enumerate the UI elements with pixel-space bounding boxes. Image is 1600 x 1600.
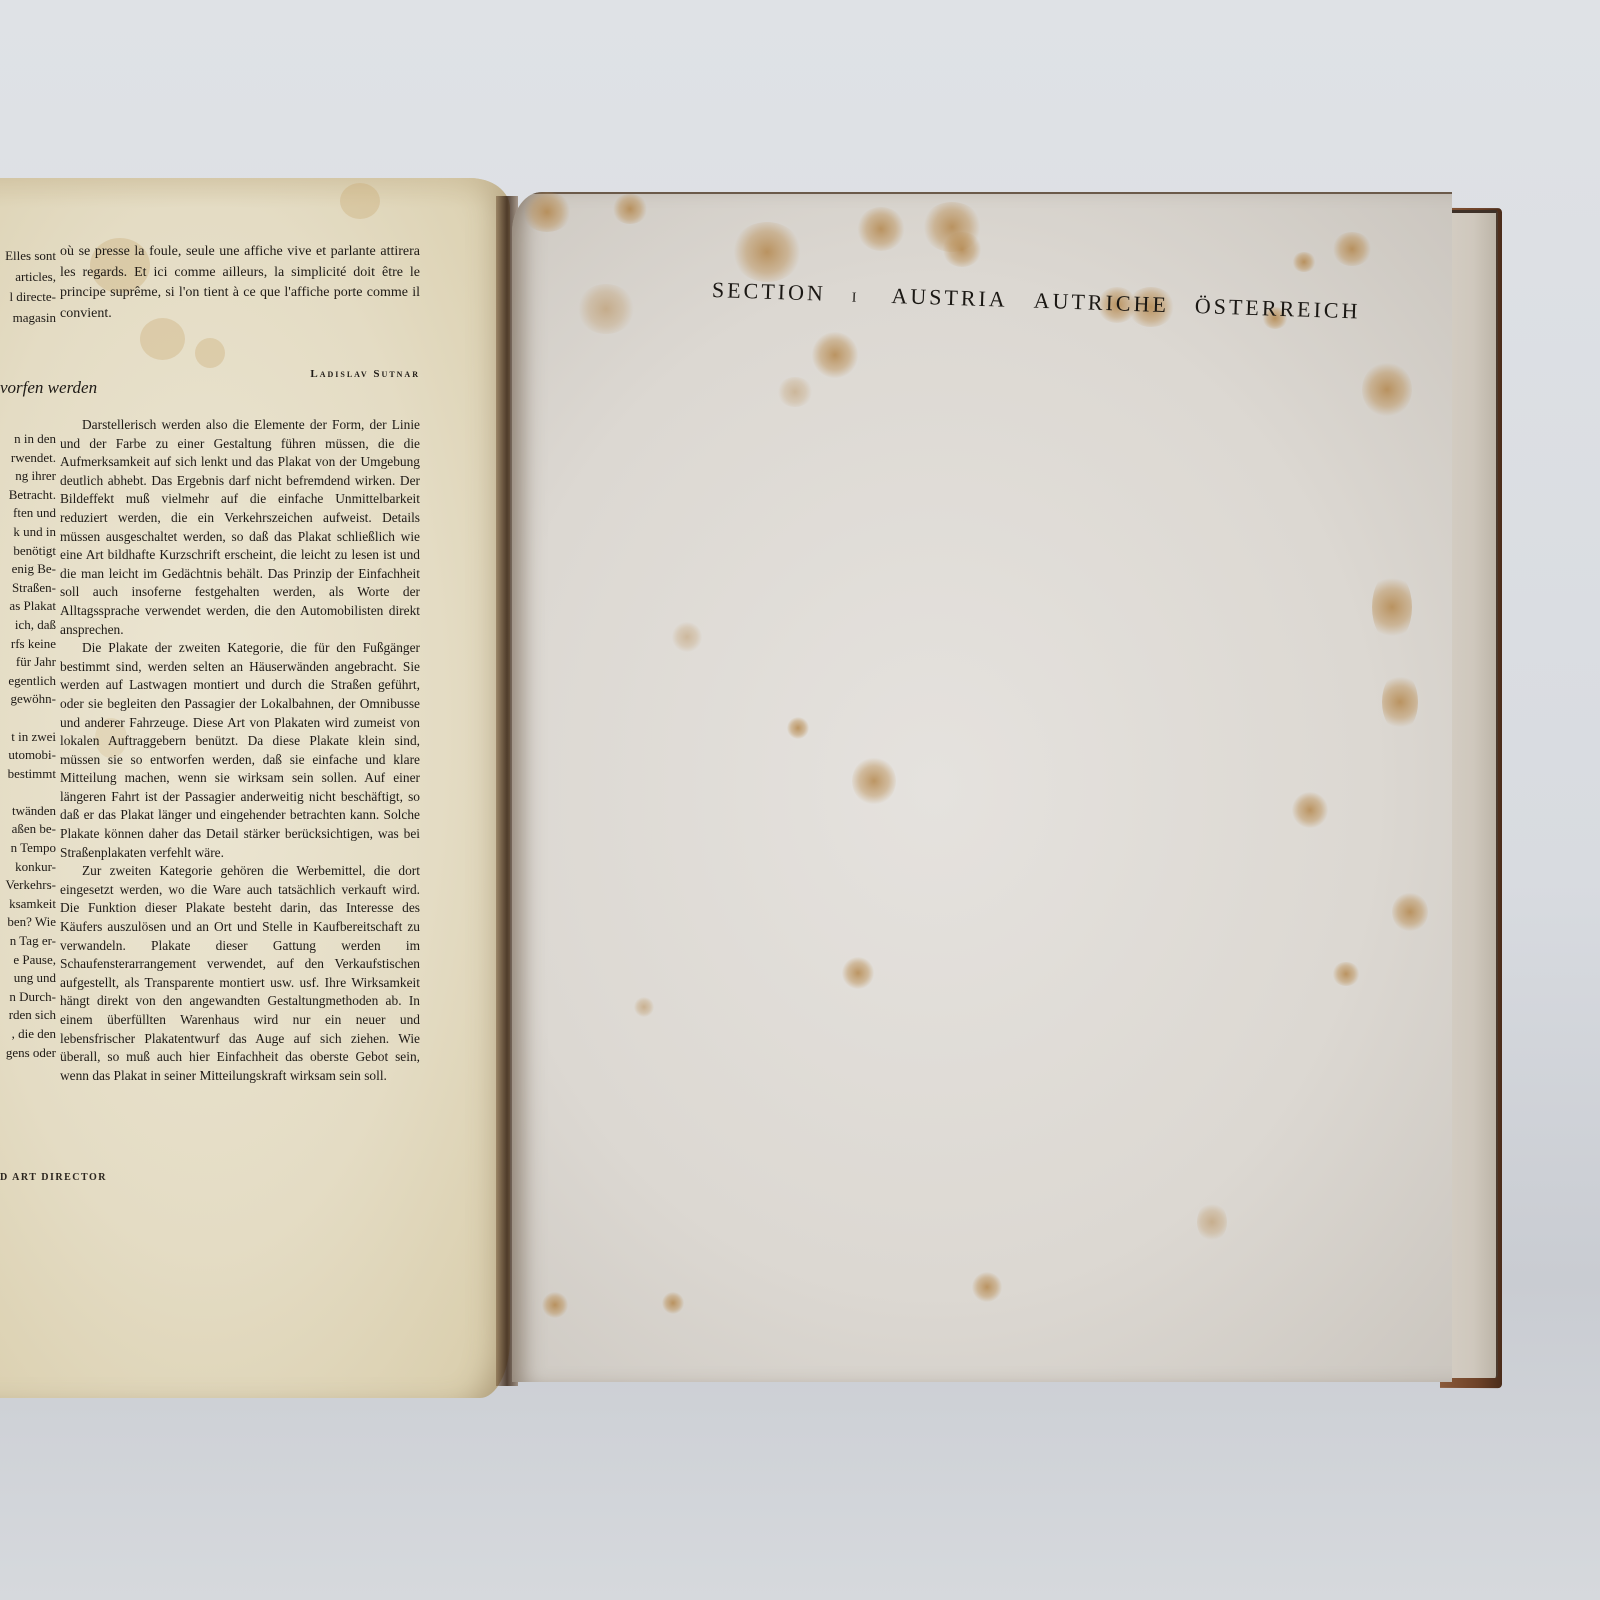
fragment-line: für Jahr [0, 653, 56, 672]
fragment-line: as Plakat [0, 597, 56, 616]
fragment-line: ben? Wie [0, 913, 56, 932]
foxing-spot [787, 717, 809, 739]
foxing-spot [522, 192, 572, 232]
foxing-spot [732, 222, 802, 282]
foxing-spot [1332, 232, 1372, 266]
fragment-line: bestimmt [0, 765, 56, 784]
country-name-french: AUTRICHE [1033, 288, 1169, 317]
margin-fragments-body: n in den rwendet. ng ihrer Betracht. fte… [0, 430, 56, 1062]
french-paragraph-column: où se presse la foule, seule une affiche… [60, 242, 420, 324]
foxing-spot [1382, 672, 1418, 732]
section-heading: SECTIONIAUSTRIAAUTRICHEÖSTERREICH [712, 277, 1412, 326]
fragment-line: rfs keine [0, 635, 56, 654]
author-name: Ladislav Sutnar [260, 368, 420, 380]
foxing-spot [634, 997, 654, 1017]
fragment-line: n Tag er- [0, 932, 56, 951]
book-photo-scene: Elles sont articles, l directe- magasin … [0, 0, 1600, 1600]
foxing-spot [1392, 892, 1428, 932]
german-paragraph-1: Darstellerisch werden also die Elemente … [60, 416, 420, 639]
foxing-spot [1292, 792, 1328, 828]
fragment-line: konkur- [0, 858, 56, 877]
fragment-line: egentlich [0, 672, 56, 691]
country-name-german: ÖSTERREICH [1194, 293, 1360, 323]
foxing-spot [662, 1292, 684, 1314]
foxing-spot [672, 622, 702, 652]
fragment-line: Elles sont [0, 246, 56, 267]
foxing-spot [1372, 572, 1412, 642]
foxing-spot [1332, 962, 1360, 986]
foxing-spot [1197, 1202, 1227, 1242]
foxing-spot [842, 957, 874, 989]
country-name-english: AUSTRIA [891, 283, 1008, 312]
fragment-line: ng ihrer [0, 467, 56, 486]
foxing-spot [1362, 362, 1412, 417]
fragment-line: gewöhn- [0, 690, 56, 709]
foxing-spot [942, 232, 982, 267]
fragment-line: e Pause, [0, 951, 56, 970]
fragment-line: utomobi- [0, 746, 56, 765]
fragment-gap [0, 709, 56, 728]
german-paragraph-2: Die Plakate der zweiten Kategorie, die f… [60, 639, 420, 862]
right-page: SECTIONIAUSTRIAAUTRICHEÖSTERREICH [512, 192, 1452, 1382]
fragment-line: articles, [0, 267, 56, 288]
fragment-line: l directe- [0, 287, 56, 308]
fragment-line: k und in [0, 523, 56, 542]
stain [140, 318, 185, 360]
foxing-spot [972, 1272, 1002, 1302]
running-footer: D ART DIRECTOR [0, 1172, 107, 1183]
page-top-edge [512, 192, 1452, 194]
fragment-gap [0, 783, 56, 802]
fragment-line: aßen be- [0, 820, 56, 839]
foxing-spot [612, 194, 648, 224]
margin-fragments-top: Elles sont articles, l directe- magasin [0, 246, 56, 328]
foxing-spot [577, 284, 635, 334]
german-paragraph-3: Zur zweiten Kategorie gehören die Werbem… [60, 862, 420, 1085]
stain [340, 183, 380, 219]
fragment-line: ften und [0, 504, 56, 523]
fragment-line: ich, daß [0, 616, 56, 635]
fragment-line: , die den [0, 1025, 56, 1044]
fragment-line: magasin [0, 308, 56, 329]
left-page: Elles sont articles, l directe- magasin … [0, 178, 510, 1398]
german-text-column: Darstellerisch werden also die Elemente … [60, 416, 420, 1085]
foxing-spot [857, 207, 905, 251]
fragment-line: ung und [0, 969, 56, 988]
stain [195, 338, 225, 368]
foxing-spot [812, 332, 858, 378]
article-subheading: vorfen werden [0, 378, 97, 398]
section-label: SECTION [712, 277, 827, 306]
fragment-line: rwendet. [0, 449, 56, 468]
fragment-line: n Durch- [0, 988, 56, 1007]
foxing-spot [777, 377, 813, 407]
fragment-line: gens oder [0, 1044, 56, 1063]
fragment-line: enig Be- [0, 560, 56, 579]
section-number: I [851, 291, 859, 306]
french-paragraph: où se presse la foule, seule une affiche… [60, 242, 420, 324]
foxing-spot [852, 757, 896, 805]
fragment-line: n in den [0, 430, 56, 449]
fragment-line: Betracht. [0, 486, 56, 505]
fragment-line: rden sich [0, 1006, 56, 1025]
fragment-line: Straßen- [0, 579, 56, 598]
fragment-line: benötigt [0, 542, 56, 561]
fragment-line: Verkehrs- [0, 876, 56, 895]
fragment-line: n Tempo [0, 839, 56, 858]
fragment-line: t in zwei [0, 728, 56, 747]
fragment-line: twänden [0, 802, 56, 821]
fragment-line: ksamkeit [0, 895, 56, 914]
foxing-spot [1292, 252, 1316, 272]
foxing-spot [542, 1292, 568, 1318]
